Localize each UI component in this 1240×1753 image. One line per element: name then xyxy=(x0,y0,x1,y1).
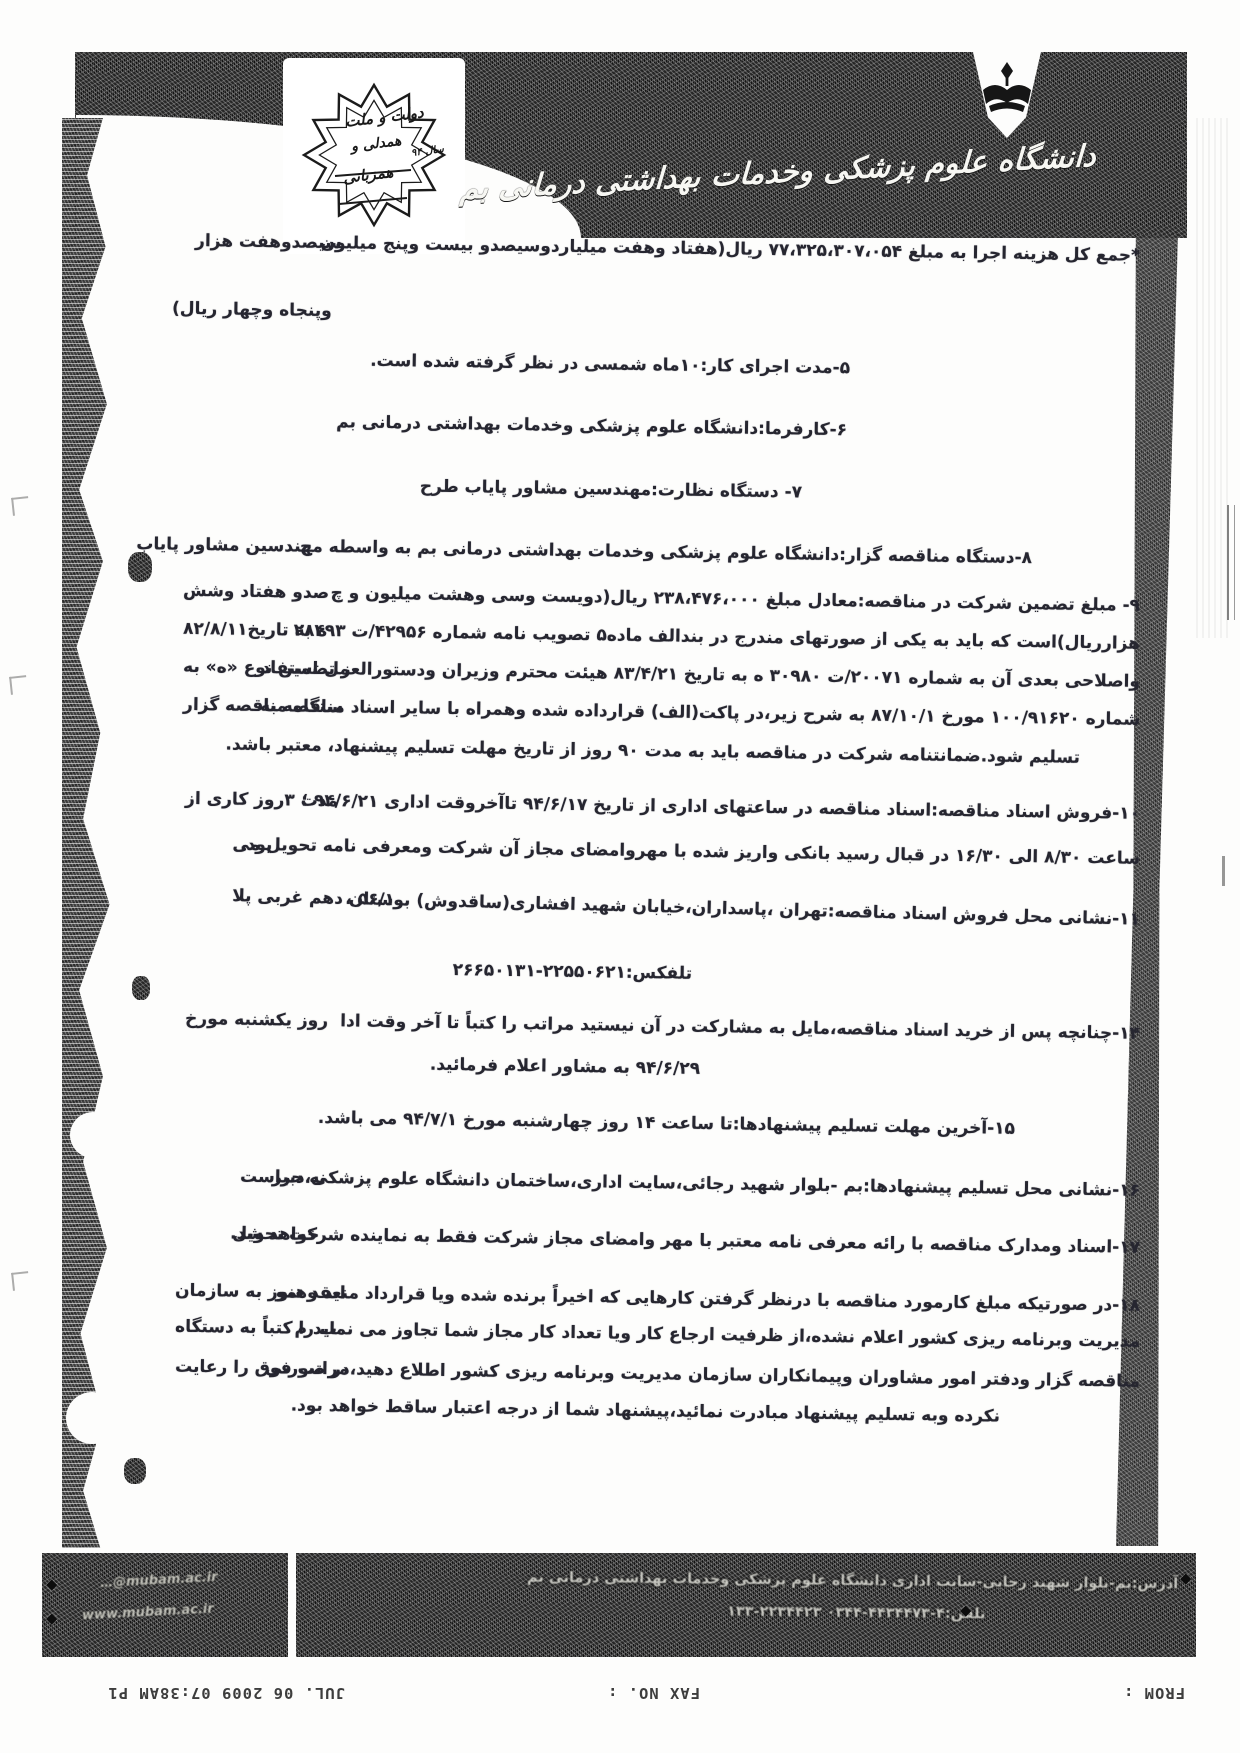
footer-bullet-icon: ◆ xyxy=(46,1575,58,1593)
footer-bullet-icon: ◆ xyxy=(1180,1569,1192,1587)
body-line-item6-employer: ۶-کارفرما:دانشگاه علوم پزشکی وخدمات بهدا… xyxy=(0,407,1240,452)
body-line-item9-guarantee-2: هزارریال)است که باید به یکی از صورتهای م… xyxy=(0,616,1240,661)
body-line-item7-supervisor: ۷- دستگاه نظارت:مهندسین مشاور پایاب طرح xyxy=(0,470,1240,515)
body-line-item18-capacity-3: مناقصه گزار ودفتر امور مشاوران وپیمانکار… xyxy=(0,1354,1240,1399)
footer-website-text: www.mubam.ac.ir xyxy=(82,1602,214,1624)
body-line-item9-guarantee-1: ۹- مبلغ تضمین شرکت در مناقصه:معادل مبلغ … xyxy=(0,578,1240,623)
twelve-point-star-icon xyxy=(283,58,465,254)
body-line-item11-sale-address: ۱۱-نشانی محل فروش اسناد مناقصه:تهران ،پا… xyxy=(0,880,1240,938)
open-book-tulip-icon xyxy=(979,60,1035,122)
footer-contact-block-left: …@mubam.ac.ir www.mubam.ac.ir ◆ ◆ xyxy=(42,1553,288,1657)
body-line-item9-guarantee-4: شماره ۱۰۰/۹۱۶۲۰ مورخ ۸۷/۱۰/۱ به شرح زیر،… xyxy=(0,692,1240,737)
scan-margin-mark xyxy=(11,496,30,516)
body-line-total-cost-cont: وپنجاه وچهار ریال) xyxy=(0,296,1240,341)
fax-transmission-header: FROM : FAX NO. : JUL. 06 2009 07:38AM P1 xyxy=(0,1676,1240,1702)
body-line-item14-withdraw-2: ۹۴/۶/۲۹ به مشاور اعلام فرمائید. xyxy=(0,1048,1240,1093)
body-line-item9-guarantee-5: تسلیم شود.ضمانتنامه شرکت در مناقصه باید … xyxy=(0,731,1240,776)
footer-email-text: …@mubam.ac.ir xyxy=(100,1570,218,1591)
body-line-item18-capacity-4: نکرده وبه تسلیم پیشنهاد مبادرت نمائید،پی… xyxy=(0,1391,1240,1436)
footer-bullet-icon: ◆ xyxy=(960,1601,972,1619)
body-line-item10-doc-sale-2: ساعت ۸/۳۰ الی ۱۶/۳۰ در قبال رسید بانکی و… xyxy=(0,831,1240,876)
body-line-telefax: تلفکس:۲۲۵۵۰۶۲۱-۲۶۶۵۰۱۳۱ xyxy=(0,953,1240,998)
footer-bullet-icon: ◆ xyxy=(46,1609,58,1627)
footer-address-line: آدرس:بم-بلوار شهید رجایی-سایت اداری دانش… xyxy=(527,1570,1178,1593)
fax-from-label: FROM : xyxy=(1123,1684,1185,1702)
body-line-item5-duration: ۵-مدت اجرای کار:۱۰ماه شمسی در نظر گرفته … xyxy=(0,345,1240,390)
body-line-item14-withdraw-1: ۱۴-چنانچه پس از خرید اسناد مناقصه،مایل ب… xyxy=(0,1006,1240,1051)
body-line-item18-capacity-2: مدیریت وبرنامه ریزی کشور اعلام نشده،از ظ… xyxy=(0,1314,1240,1359)
fax-datetime-page: JUL. 06 2009 07:38AM P1 xyxy=(107,1684,345,1702)
scanned-fax-tender-document: دولت و ملت همدلی و سال ۹۴ همزبانی دانشگا… xyxy=(0,0,1240,1753)
body-line-item15-deadline: ۱۵-آخرین مهلت تسلیم پیشنهادها:تا ساعت ۱۴… xyxy=(0,1103,1240,1148)
body-line-item9-guarantee-3: واصلاحی بعدی آن به شماره ۲۰۰۷۱/ت ۳۰۹۸۰ ه… xyxy=(0,654,1240,699)
fax-number-label: FAX NO. : xyxy=(607,1684,700,1702)
scan-noise-blob xyxy=(124,1458,146,1484)
body-line-item10-doc-sale-1: ۱۰-فروش اسناد مناقصه:اسناد مناقصه در ساع… xyxy=(0,786,1240,831)
body-line-item17-delivery: ۱۷-اسناد ومدارک مناقصه با رائه معرفی نام… xyxy=(0,1220,1240,1265)
footer-contact-block-main: آدرس:بم-بلوار شهید رجایی-سایت اداری دانش… xyxy=(296,1553,1196,1657)
body-line-item16-submit-address: ۱۶-نشانی محل تسلیم پیشنهادها:بم -بلوار ش… xyxy=(0,1163,1240,1208)
government-slogan-stamp: دولت و ملت همدلی و سال ۹۴ همزبانی xyxy=(283,58,465,254)
footer-phone-line: تلفن:۴-۴۴۳۴۴۷۳-۰۳۴۴ ۲۲۳۴۴۲۳-۱۳۳ xyxy=(727,1604,986,1623)
body-line-item8-tenderer: ۸-دستگاه مناقصه گزار:دانشگاه علوم پزشکی … xyxy=(0,532,1240,577)
